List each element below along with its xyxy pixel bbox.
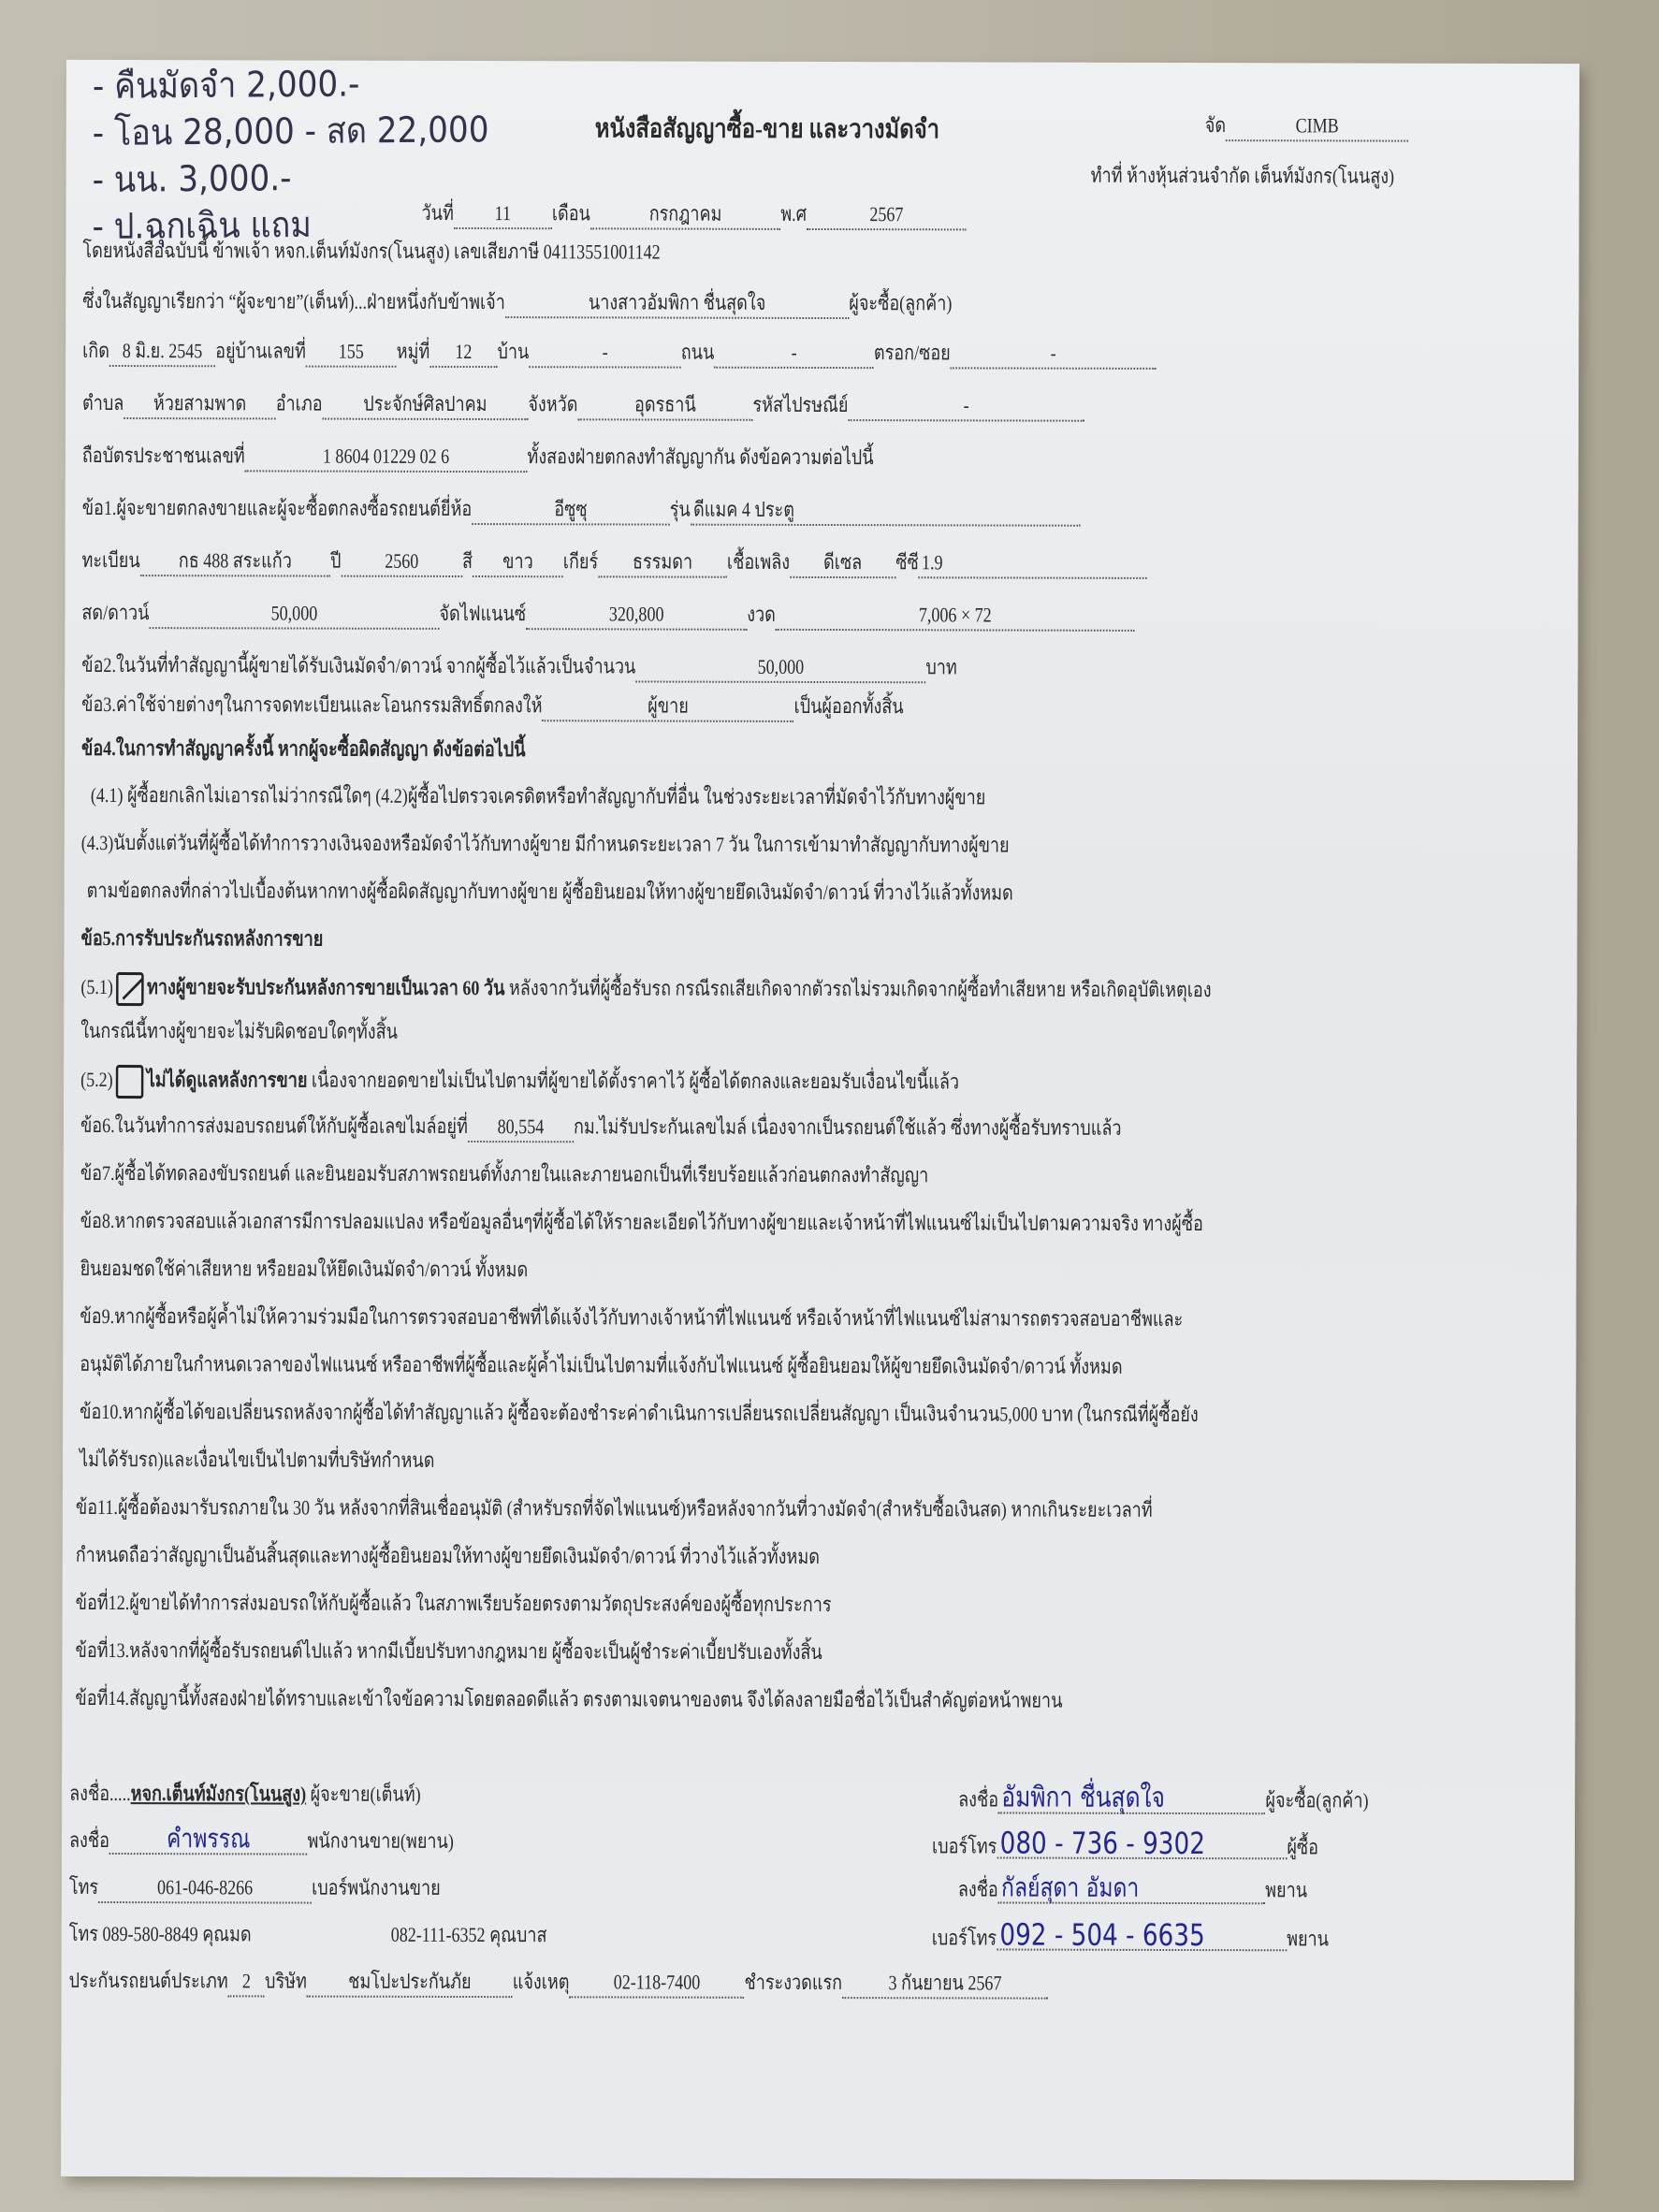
clause-13: ข้อที่13.หลังจากที่ผู้ซื้อรับรถยนต์ไปแล้…	[75, 1637, 822, 1666]
clause-5-1-cont: ในกรณีนี้ทางผู้ขายจะไม่รับผิดชอบใดๆทั้งส…	[80, 1017, 398, 1046]
seller-clause: ซึ่งในสัญญาเรียกว่า “ผู้จะขาย”(เต็นท์)..…	[82, 289, 505, 313]
clause-14: ข้อที่14.สัญญานี้ทั้งสองฝ่ายได้ทราบและเข…	[75, 1684, 1062, 1715]
clause-9-b: อนุมัติได้ภายในกำหนดเวลาของไฟแนนซ์ หรืออ…	[80, 1350, 1122, 1381]
clause-11-a: ข้อ11.ผู้ซื้อต้องมารับรถภายใน 30 วัน หลั…	[76, 1493, 1153, 1524]
clause-7: ข้อ7.ผู้ซื้อได้ทดลองขับรถยนต์ และยินยอมร…	[80, 1159, 929, 1189]
buyer-signature: อัมพิกา ชื่นสุดใจ	[998, 1784, 1265, 1815]
no-warranty-checkbox[interactable]	[116, 1065, 144, 1099]
born-label: เกิด	[82, 339, 109, 362]
clause-8-a: ข้อ8.หากตรวจสอบแล้วเอกสารมีการปลอมแปลง ห…	[80, 1207, 1203, 1238]
claim-phone: 02-118-7400	[569, 1968, 744, 1998]
buyer-name: นางสาวอัมพิกา ชื่นสุดใจ	[505, 288, 849, 319]
handwritten-note: - นน. 3,000.-	[92, 157, 291, 200]
witness-role: พยาน	[1265, 1878, 1307, 1901]
clause-1-label: ข้อ1.ผู้จะขายตกลงขายและผู้จะซื้อตกลงซื้อ…	[82, 496, 473, 520]
house-no-label: อยู่บ้านเลขที่	[215, 339, 306, 362]
clause-5-title: ข้อ5.การรับประกันรถหลังการขาย	[80, 924, 323, 953]
contact-1: โทร 089-580-8849 คุณมด	[69, 1920, 252, 1949]
sign-label: ลงชื่อ	[958, 1877, 998, 1900]
province-label: จังหวัด	[528, 392, 577, 415]
model-value: ดีแมค 4 ประตู	[691, 496, 1081, 527]
down-label: สด/ดาวน์	[81, 601, 149, 624]
seller-role: ผู้จะขาย(เต็นท์)	[311, 1783, 421, 1806]
village-value: -	[529, 338, 680, 368]
tambon-value: ห้วยสามพาด	[124, 389, 275, 419]
seller-signature: หจก.เต็นท์มังกร(โนนสูง)	[131, 1782, 307, 1805]
road-label: ถนน	[681, 341, 715, 364]
document-title: หนังสือสัญญาซื้อ-ขาย และวางมัดจำ	[595, 108, 939, 150]
amphoe-label: อำเภอ	[276, 391, 323, 415]
sales-signature-line: ลงชื่อคำพรรณพนักงานขาย(พยาน)	[69, 1825, 454, 1855]
id-label: ถือบัตรประชาชนเลขที่	[82, 444, 245, 467]
province-value: อุดรธานี	[577, 390, 752, 420]
clause-1-line: ข้อ1.ผู้จะขายตกลงขายและผู้จะซื้อตกลงซื้อ…	[82, 494, 1081, 527]
first-payment-date: 3 กันยายน 2567	[842, 1969, 1048, 2000]
clause-2-amount: 50,000	[635, 652, 925, 683]
clause-6: ข้อ6.ในวันทำการส่งมอบรถยนต์ให้กับผู้ซื้อ…	[80, 1112, 1122, 1144]
clause-2-unit: บาท	[925, 655, 957, 678]
clause-3-suffix: เป็นผู้ออกทั้งสิ้น	[793, 694, 903, 718]
clause-4-title: ข้อ4.ในการทำสัญญาครั้งนี้ หากผู้จะซื้อผิ…	[81, 735, 526, 764]
clause-9-a: ข้อ9.หากผู้ซื้อหรือผู้ค้ำไม่ให้ความร่วมม…	[80, 1302, 1183, 1333]
installment-label: งวด	[747, 603, 776, 626]
witness-phone-line: เบอร์โทร092 - 504 - 6635พยาน	[932, 1920, 1329, 1953]
clause-4-1: (4.1) ผู้ซื้อยกเลิกไม่เอารถไม่ว่ากรณีใดๆ…	[91, 781, 986, 812]
installment-value: 7,006 × 72	[776, 601, 1135, 632]
gear-value: ธรรมดา	[598, 547, 727, 577]
month-label: เดือน	[552, 201, 590, 225]
clause-3: ข้อ3.ค่าใช้จ่ายต่างๆในการจดทะเบียนและโอน…	[81, 691, 904, 722]
clause-6-text: ข้อ6.ในวันทำการส่งมอบรถยนต์ให้กับผู้ซื้อ…	[80, 1113, 468, 1138]
witness-phone-role: พยาน	[1287, 1927, 1329, 1950]
clause-5-1-rest: หลังจากวันที่ผู้ซื้อรับรถ กรณีรถเสียเกิด…	[509, 976, 1212, 1001]
sales-tel-role: เบอร์พนักงานขาย	[312, 1876, 441, 1899]
fuel-value: ดีเซล	[790, 548, 895, 578]
sales-tel-line: โทร061-046-8266เบอร์พนักงานขาย	[69, 1873, 441, 1904]
clause-8-b: ยินยอมชดใช้ค่าเสียหาย หรือยอมให้ยึดเงินม…	[80, 1255, 529, 1284]
finance-label: จัด	[1205, 113, 1226, 137]
clause-10-b: ไม่ได้รับรถ)และเงื่อนไขเป็นไปตามที่บริษั…	[80, 1446, 435, 1475]
day-label: วันที่	[422, 201, 454, 225]
insurance-type: 2	[228, 1967, 265, 1997]
gear-label: เกียร์	[563, 549, 598, 573]
clause-4-tail: ตามข้อตกลงที่กล่าวไปเบื้องต้นหากทางผู้ซื…	[87, 877, 1013, 908]
date-line: วันที่11เดือนกรกฎาคมพ.ศ2567	[421, 199, 966, 231]
sign-label: ลงชื่อ	[69, 1828, 109, 1852]
buyer-role: ผู้จะซื้อ(ลูกค้า)	[849, 291, 952, 314]
witness-signature-line: ลงชื่อกัลย์สุดา อัมดาพยาน	[958, 1873, 1307, 1904]
year-label: ปี	[330, 549, 342, 573]
payment-line: สด/ดาวน์50,000จัดไฟแนนซ์320,800งวด7,006 …	[81, 599, 1134, 632]
color-value: ขาว	[473, 547, 563, 577]
postcode-value: -	[848, 391, 1084, 422]
moo-value: 12	[429, 338, 497, 368]
road-value: -	[714, 339, 874, 369]
cc-value: 1.9	[919, 548, 1147, 579]
tel-label: โทร	[69, 1875, 98, 1899]
clause-5-2: (5.2)ไม่ได้ดูแลหลังการขาย เนื่องจากยอดขา…	[80, 1065, 959, 1100]
clause-3-text: ข้อ3.ค่าใช้จ่ายต่างๆในการจดทะเบียนและโอน…	[81, 692, 542, 717]
buyer-phone-line: เบอร์โทร080 - 736 - 9302ผู้ซื้อ	[932, 1828, 1318, 1861]
down-value: 50,000	[149, 599, 439, 630]
brand-value: อีซูซุ	[472, 495, 670, 526]
warranty-60-days-checkbox[interactable]	[116, 972, 144, 1006]
finance-field: จัดCIMB	[1205, 111, 1409, 142]
born-value: 8 มิ.ย. 2545	[109, 337, 215, 367]
id-line: ถือบัตรประชาชนเลขที่1 8604 01229 02 6ทั้…	[82, 442, 874, 473]
insurance-type-label: ประกันรถยนต์ประเภท	[69, 1969, 228, 1992]
insurance-line: ประกันรถยนต์ประเภท2บริษัทชมโปะประกันภัยแ…	[69, 1967, 1048, 2000]
house-no-value: 155	[306, 338, 397, 368]
finance-amount-value: 320,800	[526, 600, 747, 631]
model-label: รุ่น	[670, 498, 691, 521]
soi-label: ตรอก/ซอย	[874, 341, 951, 364]
soi-value: -	[951, 339, 1157, 370]
clause-4-3: (4.3)นับตั้งแต่วันที่ผู้ซื้อได้ทำการวางเ…	[81, 829, 1010, 860]
color-label: สี	[462, 549, 473, 573]
claim-label: แจ้งเหตุ	[513, 1970, 570, 1993]
year-value: 2560	[341, 547, 462, 577]
seller-signature-line: ลงชื่อ.....หจก.เต็นท์มังกร(โนนสูง) ผู้จะ…	[69, 1780, 421, 1809]
clause-5-2-prefix: (5.2)	[80, 1068, 113, 1091]
seller-buyer-line: ซึ่งในสัญญาเรียกว่า “ผู้จะขาย”(เต็นท์)..…	[82, 287, 952, 319]
made-at: ทำที่ ห้างหุ้นส่วนจำกัด เต็นท์มังกร(โนนส…	[1091, 162, 1394, 191]
clause-6-rest: กม.ไม่รับประกันเลขไมล์ เนื่องจากเป็นรถยน…	[574, 1114, 1122, 1140]
month-value: กรกฎาคม	[590, 199, 780, 230]
id-number: 1 8604 01229 02 6	[245, 442, 528, 473]
address-line-2: ตำบลห้วยสามพาดอำเภอประจักษ์ศิลปาคมจังหวั…	[82, 389, 1084, 422]
sales-role: พนักงานขาย(พยาน)	[307, 1829, 453, 1853]
plate-label: ทะเบียน	[82, 548, 140, 572]
contact-2: 082-111-6352 คุณบาส	[391, 1921, 547, 1949]
buyer-phone: 080 - 736 - 9302	[997, 1828, 1287, 1859]
insurance-company-label: บริษัท	[265, 1969, 307, 1992]
finance-amount-label: จัดไฟแนนซ์	[439, 602, 526, 625]
village-label: บ้าน	[497, 340, 529, 363]
witness-signature: กัลย์สุดา อัมดา	[998, 1874, 1265, 1905]
phone-label: เบอร์โทร	[932, 1926, 997, 1949]
plate-value: กธ 488 สระแก้ว	[140, 546, 330, 577]
year-label: พ.ศ	[780, 202, 807, 226]
contract-paper: - คืนมัดจำ 2,000.- - โอน 28,000 - สด 22,…	[61, 60, 1579, 2180]
clause-2: ข้อ2.ในวันที่ทำสัญญานี้ผู้ขายได้รับเงินม…	[81, 651, 957, 683]
buyer-role: ผู้จะซื้อ(ลูกค้า)	[1265, 1788, 1368, 1812]
clause-3-payer: ผู้ขาย	[542, 691, 793, 722]
clause-5-2-rest: เนื่องจากยอดขายไม่เป็นไปตามที่ผู้ขายได้ต…	[312, 1069, 959, 1094]
witness-phone: 092 - 504 - 6635	[997, 1920, 1287, 1951]
buyer-phone-role: ผู้ซื้อ	[1287, 1835, 1318, 1858]
insurance-company: ชมโปะประกันภัย	[307, 1968, 513, 1999]
clause-5-2-bold: ไม่ได้ดูแลหลังการขาย	[147, 1068, 308, 1091]
first-payment-label: ชำระงวดแรก	[744, 1971, 842, 1994]
buyer-signature-line: ลงชื่ออัมพิกา ชื่นสุดใจผู้จะซื้อ(ลูกค้า)	[958, 1783, 1369, 1814]
clause-5-1: (5.1)ทางผู้ขายจะรับประกันหลังการขายเป็นเ…	[80, 972, 1211, 1009]
amphoe-value: ประจักษ์ศิลปาคม	[323, 390, 529, 421]
intro-line: โดยหนังสือฉบับนี้ ข้าพเจ้า หจก.เต็นท์มัง…	[82, 237, 660, 267]
sales-tel-value: 061-046-8266	[98, 1873, 312, 1904]
clause-2-text: ข้อ2.ในวันที่ทำสัญญานี้ผู้ขายได้รับเงินม…	[81, 653, 635, 678]
fuel-label: เชื้อเพลิง	[727, 550, 790, 574]
sales-signature: คำพรรณ	[109, 1825, 308, 1855]
day-value: 11	[454, 199, 552, 229]
sign-label: ลงชื่อ	[69, 1782, 109, 1805]
clause-12: ข้อที่12.ผู้ขายได้ทำการส่งมอบรถให้กับผู้…	[76, 1589, 832, 1619]
mileage-value: 80,554	[468, 1113, 574, 1142]
clause-5-1-prefix: (5.1)	[80, 975, 113, 998]
phone-label: เบอร์โทร	[932, 1834, 997, 1857]
moo-label: หมู่ที่	[397, 340, 430, 363]
id-suffix: ทั้งสองฝ่ายตกลงทำสัญญากัน ดังข้อความต่อไ…	[527, 444, 873, 469]
handwritten-note: - คืนมัดจำ 2,000.-	[93, 63, 360, 107]
address-line-1: เกิด8 มิ.ย. 2545อยู่บ้านเลขที่155หมู่ที่…	[82, 337, 1156, 370]
sign-label: ลงชื่อ	[958, 1787, 998, 1811]
tambon-label: ตำบล	[82, 391, 124, 415]
clause-5-1-bold: ทางผู้ขายจะรับประกันหลังการขายเป็นเวลา 6…	[147, 975, 504, 999]
plate-line: ทะเบียนกธ 488 สระแก้วปี2560สีขาวเกียร์ธร…	[82, 546, 1148, 579]
year-value: 2567	[807, 200, 967, 230]
finance-value: CIMB	[1226, 111, 1408, 142]
clause-11-b: กำหนดถือว่าสัญญาเป็นอันสิ้นสุดและทางผู้ซ…	[76, 1541, 820, 1571]
clause-10-a: ข้อ10.หากผู้ซื้อได้ขอเปลี่ยนรถหลังจากผู้…	[80, 1398, 1199, 1429]
postcode-label: รหัสไปรษณีย์	[752, 393, 848, 416]
cc-label: ซีซี	[895, 550, 919, 574]
handwritten-note: - โอน 28,000 - สด 22,000	[93, 109, 489, 153]
